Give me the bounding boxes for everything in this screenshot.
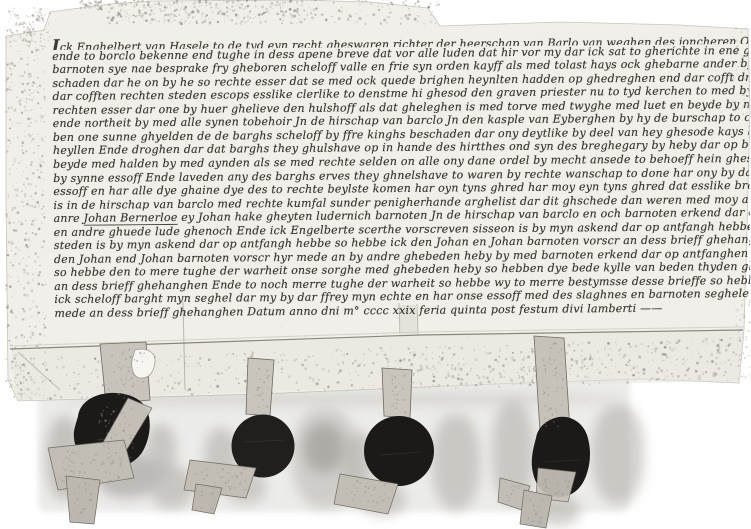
decorated-initial: I <box>52 36 60 50</box>
seal-tag-4-tail <box>520 490 552 528</box>
charter-photo: Ick Enghelbert van Hasele to de tyd eyn … <box>0 0 751 529</box>
underlined-witness-name: Johan Bernerloe <box>84 211 178 226</box>
seal-tag-3 <box>382 368 412 418</box>
manuscript-text: Ick Enghelbert van Hasele to de tyd eyn … <box>52 30 751 338</box>
seal-tag-2 <box>246 358 274 416</box>
wax-seal-3 <box>364 416 434 486</box>
seal-tag-1-tail <box>66 476 100 524</box>
seal-tags-lower <box>48 398 576 528</box>
seal-tag-2-tail <box>192 484 222 514</box>
